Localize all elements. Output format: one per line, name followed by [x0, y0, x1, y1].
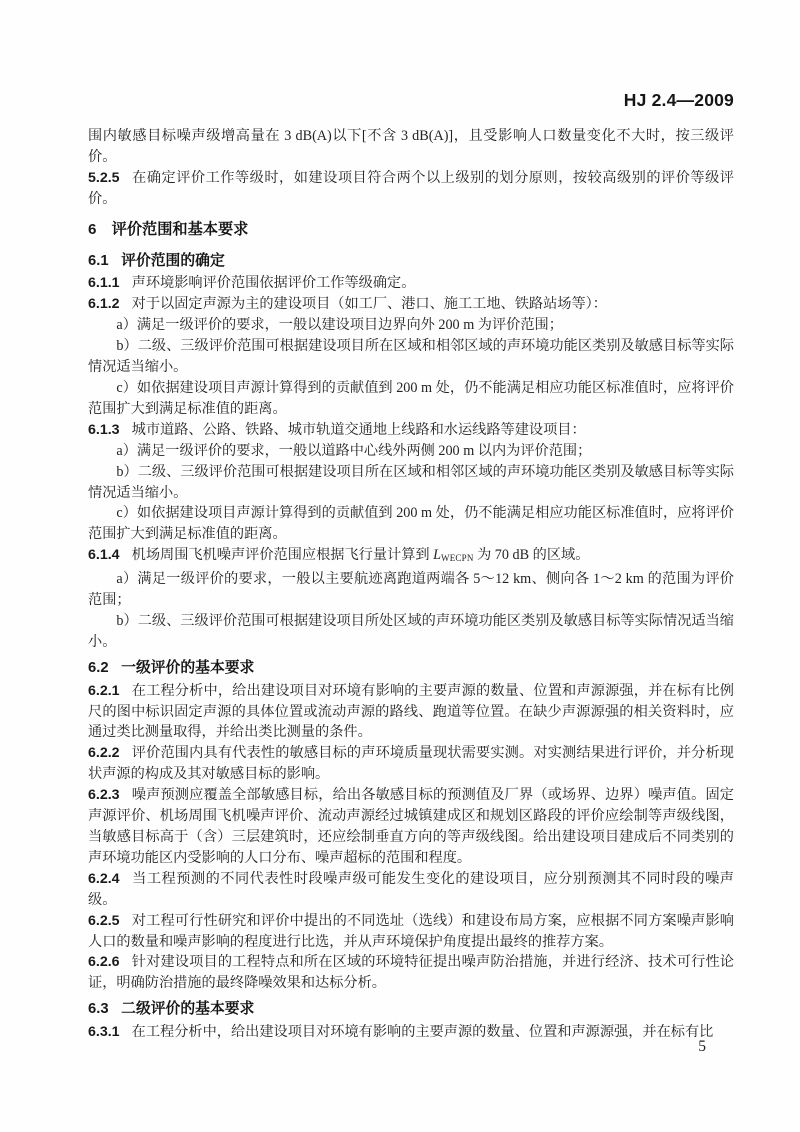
clause-text: 城市道路、公路、铁路、城市轨道交通地上线路和水运线路等建设项目： — [132, 422, 586, 438]
clause-text: 评价范围内具有代表性的敏感目标的声环境质量现状需要实测。对实测结果进行评价，并分… — [88, 745, 734, 782]
clause-text: 对工程可行性研究和评价中提出的不同选址（选线）和建设布局方案，应根据不同方案噪声… — [88, 913, 734, 950]
section-heading-6: 6评价范围和基本要求 — [88, 220, 734, 241]
clause-6-2-6: 6.2.6针对建设项目的工程特点和所在区域的环境特征提出噪声防治措施，并进行经济… — [88, 952, 734, 994]
clause-6-2-5: 6.2.5对工程可行性研究和评价中提出的不同选址（选线）和建设布局方案，应根据不… — [88, 911, 734, 953]
clause-number: 6.3.1 — [88, 1024, 132, 1040]
clause-text: 当工程预测的不同代表性时段噪声级可能发生变化的建设项目，应分别预测其不同时段的噪… — [88, 871, 734, 908]
list-item-b: b）二级、三级评价范围可根据建设项目所在区域和相邻区域的声环境功能区类别及敏感目… — [88, 462, 734, 504]
clause-text: 为 70 dB 的区域。 — [474, 547, 590, 563]
clause-6-1-4: 6.1.4机场周围飞机噪声评价范围应根据飞行量计算到 LWECPN 为 70 d… — [88, 545, 734, 569]
clause-number: 6.1.4 — [88, 547, 132, 563]
clause-text: 在确定评价工作等级时，如建设项目符合两个以上级别的划分原则，按较高级别的评价等级… — [88, 170, 734, 207]
section-number: 6.1 — [88, 253, 121, 269]
running-header: HJ 2.4—2009 — [88, 90, 734, 111]
clause-text: 声环境影响评价范围依据评价工作等级确定。 — [132, 275, 416, 291]
clause-text: 噪声预测应覆盖全部敏感目标，给出各敏感目标的预测值及厂界（或场界、边界）噪声值。… — [88, 787, 734, 866]
clause-6-1-2: 6.1.2对于以固定声源为主的建设项目（如工厂、港口、施工工地、铁路站场等）： — [88, 294, 734, 315]
clause-6-3-1: 6.3.1在工程分析中，给出建设项目对环境有影响的主要声源的数量、位置和声源源强… — [88, 1022, 734, 1043]
clause-number: 6.2.3 — [88, 787, 132, 803]
clause-number: 6.2.4 — [88, 871, 132, 887]
clause-6-1-3: 6.1.3城市道路、公路、铁路、城市轨道交通地上线路和水运线路等建设项目： — [88, 420, 734, 441]
clause-number: 6.2.2 — [88, 745, 132, 761]
subsection-heading-6-1: 6.1评价范围的确定 — [88, 251, 734, 272]
list-item-c: c）如依据建设项目声源计算得到的贡献值到 200 m 处，仍不能满足相应功能区标… — [88, 378, 734, 420]
paragraph-continuation: 围内敏感目标噪声级增高量在 3 dB(A)以下[不含 3 dB(A)]，且受影响… — [88, 126, 734, 168]
section-title: 一级评价的基本要求 — [121, 660, 254, 676]
clause-text: 对于以固定声源为主的建设项目（如工厂、港口、施工工地、铁路站场等）： — [132, 296, 607, 312]
document-body: 围内敏感目标噪声级增高量在 3 dB(A)以下[不含 3 dB(A)]，且受影响… — [88, 126, 734, 1043]
section-number: 6 — [88, 221, 112, 238]
symbol-L: L — [433, 547, 441, 563]
section-title: 二级评价的基本要求 — [121, 1001, 254, 1017]
clause-number: 6.2.1 — [88, 683, 132, 699]
clause-number: 6.1.3 — [88, 422, 132, 438]
clause-number: 6.2.6 — [88, 954, 132, 970]
clause-number: 6.1.1 — [88, 275, 132, 291]
clause-text: 在工程分析中，给出建设项目对环境有影响的主要声源的数量、位置和声源源强，并在标有… — [88, 683, 734, 741]
clause-6-1-1: 6.1.1声环境影响评价范围依据评价工作等级确定。 — [88, 273, 734, 294]
symbol-subscript-wecpn: WECPN — [441, 553, 474, 563]
document-page: HJ 2.4—2009 围内敏感目标噪声级增高量在 3 dB(A)以下[不含 3… — [0, 0, 800, 1132]
clause-number: 6.1.2 — [88, 296, 132, 312]
clause-number: 5.2.5 — [88, 170, 132, 186]
list-item-c: c）如依据建设项目声源计算得到的贡献值到 200 m 处，仍不能满足相应功能区标… — [88, 503, 734, 545]
clause-6-2-3: 6.2.3噪声预测应覆盖全部敏感目标，给出各敏感目标的预测值及厂界（或场界、边界… — [88, 785, 734, 869]
clause-number: 6.2.5 — [88, 913, 132, 929]
list-item-a: a）满足一级评价的要求，一般以建设项目边界向外 200 m 为评价范围； — [88, 315, 734, 336]
clause-5-2-5: 5.2.5在确定评价工作等级时，如建设项目符合两个以上级别的划分原则，按较高级别… — [88, 168, 734, 210]
list-item-a: a）满足一级评价的要求，一般以主要航迹离跑道两端各 5～12 km、侧向各 1～… — [88, 569, 734, 611]
clause-6-2-2: 6.2.2评价范围内具有代表性的敏感目标的声环境质量现状需要实测。对实测结果进行… — [88, 743, 734, 785]
list-item-a: a）满足一级评价的要求，一般以道路中心线外两侧 200 m 以内为评价范围； — [88, 441, 734, 462]
subsection-heading-6-2: 6.2一级评价的基本要求 — [88, 658, 734, 679]
subsection-heading-6-3: 6.3二级评价的基本要求 — [88, 999, 734, 1020]
doc-code: HJ 2.4—2009 — [624, 90, 734, 110]
section-title: 评价范围的确定 — [121, 253, 225, 269]
page-number: 5 — [698, 1038, 706, 1056]
list-item-b: b）二级、三级评价范围可根据建设项目所在区域和相邻区域的声环境功能区类别及敏感目… — [88, 336, 734, 378]
section-number: 6.2 — [88, 660, 121, 676]
clause-text: 针对建设项目的工程特点和所在区域的环境特征提出噪声防治措施，并进行经济、技术可行… — [88, 954, 734, 991]
clause-text: 机场周围飞机噪声评价范围应根据飞行量计算到 — [132, 547, 434, 563]
clause-text: 在工程分析中，给出建设项目对环境有影响的主要声源的数量、位置和声源源强，并在标有… — [132, 1024, 714, 1040]
clause-6-2-1: 6.2.1在工程分析中，给出建设项目对环境有影响的主要声源的数量、位置和声源源强… — [88, 681, 734, 744]
section-title: 评价范围和基本要求 — [112, 221, 249, 238]
list-item-b: b）二级、三级评价范围可根据建设项目所处区域的声环境功能区类别及敏感目标等实际情… — [88, 611, 734, 653]
clause-6-2-4: 6.2.4当工程预测的不同代表性时段噪声级可能发生变化的建设项目，应分别预测其不… — [88, 869, 734, 911]
section-number: 6.3 — [88, 1001, 121, 1017]
